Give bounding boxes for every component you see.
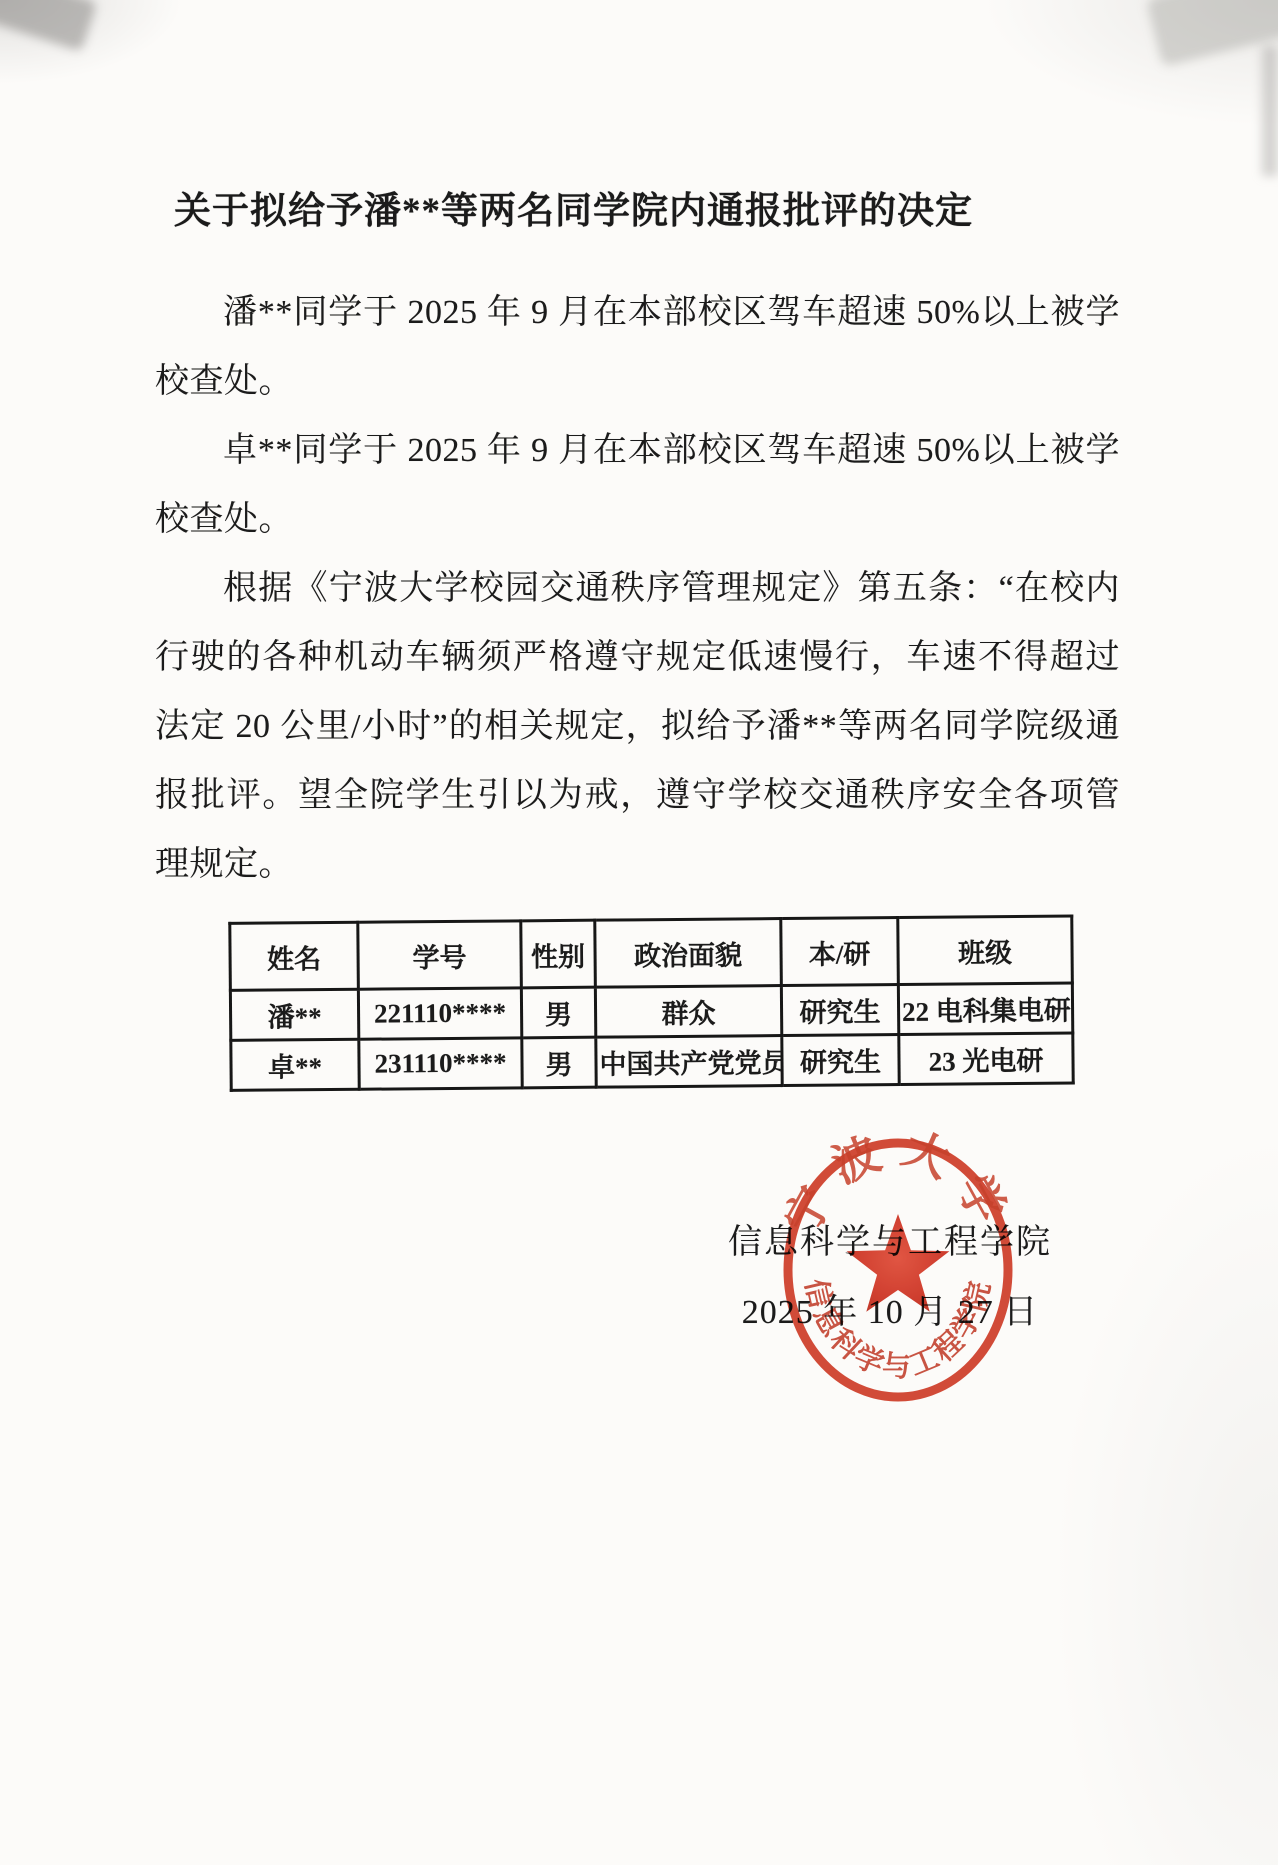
table-header-row: 姓名 学号 性别 政治面貌 本/研 班级 bbox=[230, 916, 1073, 990]
cell-degree-level: 研究生 bbox=[781, 985, 898, 1036]
document-title: 关于拟给予潘**等两名同学院内通报批评的决定 bbox=[91, 186, 1056, 238]
scan-artifact-top-right bbox=[1146, 0, 1278, 67]
cell-gender: 男 bbox=[522, 1037, 596, 1088]
column-header-student-id: 学号 bbox=[358, 921, 522, 989]
table-row-student-1: 潘** 221110**** 男 群众 研究生 22 电科集电研 bbox=[230, 983, 1072, 1040]
paragraph-3: 根据《宁波大学校园交通秩序管理规定》第五条：“在校内行驶的各种机动车辆须严格遵守… bbox=[155, 554, 1120, 899]
cell-political-status: 中国共产党党员 bbox=[596, 1036, 782, 1088]
student-table-wrapper: 姓名 学号 性别 政治面貌 本/研 班级 潘** 221110**** 男 群众 bbox=[228, 914, 1120, 1092]
seal-star-icon bbox=[847, 1214, 950, 1312]
cell-class: 23 光电研 bbox=[899, 1033, 1073, 1085]
column-header-name: 姓名 bbox=[230, 922, 359, 990]
official-seal: 宁波大学 信息科学与工程学院 bbox=[756, 1118, 1040, 1422]
column-header-political-status: 政治面貌 bbox=[595, 919, 782, 988]
paragraph-1: 潘**同学于 2025 年 9 月在本部校区驾车超速 50%以上被学校查处。 bbox=[155, 278, 1120, 416]
scanned-notice-page: 关于拟给予潘**等两名同学院内通报批评的决定 潘**同学于 2025 年 9 月… bbox=[0, 0, 1278, 1865]
column-header-class: 班级 bbox=[898, 916, 1073, 985]
column-header-degree-level: 本/研 bbox=[781, 918, 899, 986]
cell-name: 卓** bbox=[231, 1039, 359, 1090]
scan-artifact-right-edge bbox=[1262, 46, 1278, 176]
cell-name: 潘** bbox=[230, 989, 358, 1040]
cell-student-id: 221110**** bbox=[358, 988, 521, 1039]
paragraph-2: 卓**同学于 2025 年 9 月在本部校区驾车超速 50%以上被学校查处。 bbox=[155, 416, 1120, 554]
column-header-gender: 性别 bbox=[521, 920, 596, 988]
student-table: 姓名 学号 性别 政治面貌 本/研 班级 潘** 221110**** 男 群众 bbox=[228, 915, 1074, 1092]
table-row-student-2: 卓** 231110**** 男 中国共产党党员 研究生 23 光电研 bbox=[231, 1033, 1073, 1090]
cell-political-status: 群众 bbox=[595, 986, 781, 1038]
cell-degree-level: 研究生 bbox=[782, 1035, 899, 1086]
cell-student-id: 231110**** bbox=[359, 1038, 522, 1089]
document-content: 关于拟给予潘**等两名同学院内通报批评的决定 潘**同学于 2025 年 9 月… bbox=[155, 186, 1120, 1088]
cell-gender: 男 bbox=[521, 987, 595, 1038]
document-body: 潘**同学于 2025 年 9 月在本部校区驾车超速 50%以上被学校查处。 卓… bbox=[155, 278, 1120, 899]
scan-artifact-top-left bbox=[0, 0, 97, 52]
cell-class: 22 电科集电研 bbox=[898, 983, 1072, 1035]
